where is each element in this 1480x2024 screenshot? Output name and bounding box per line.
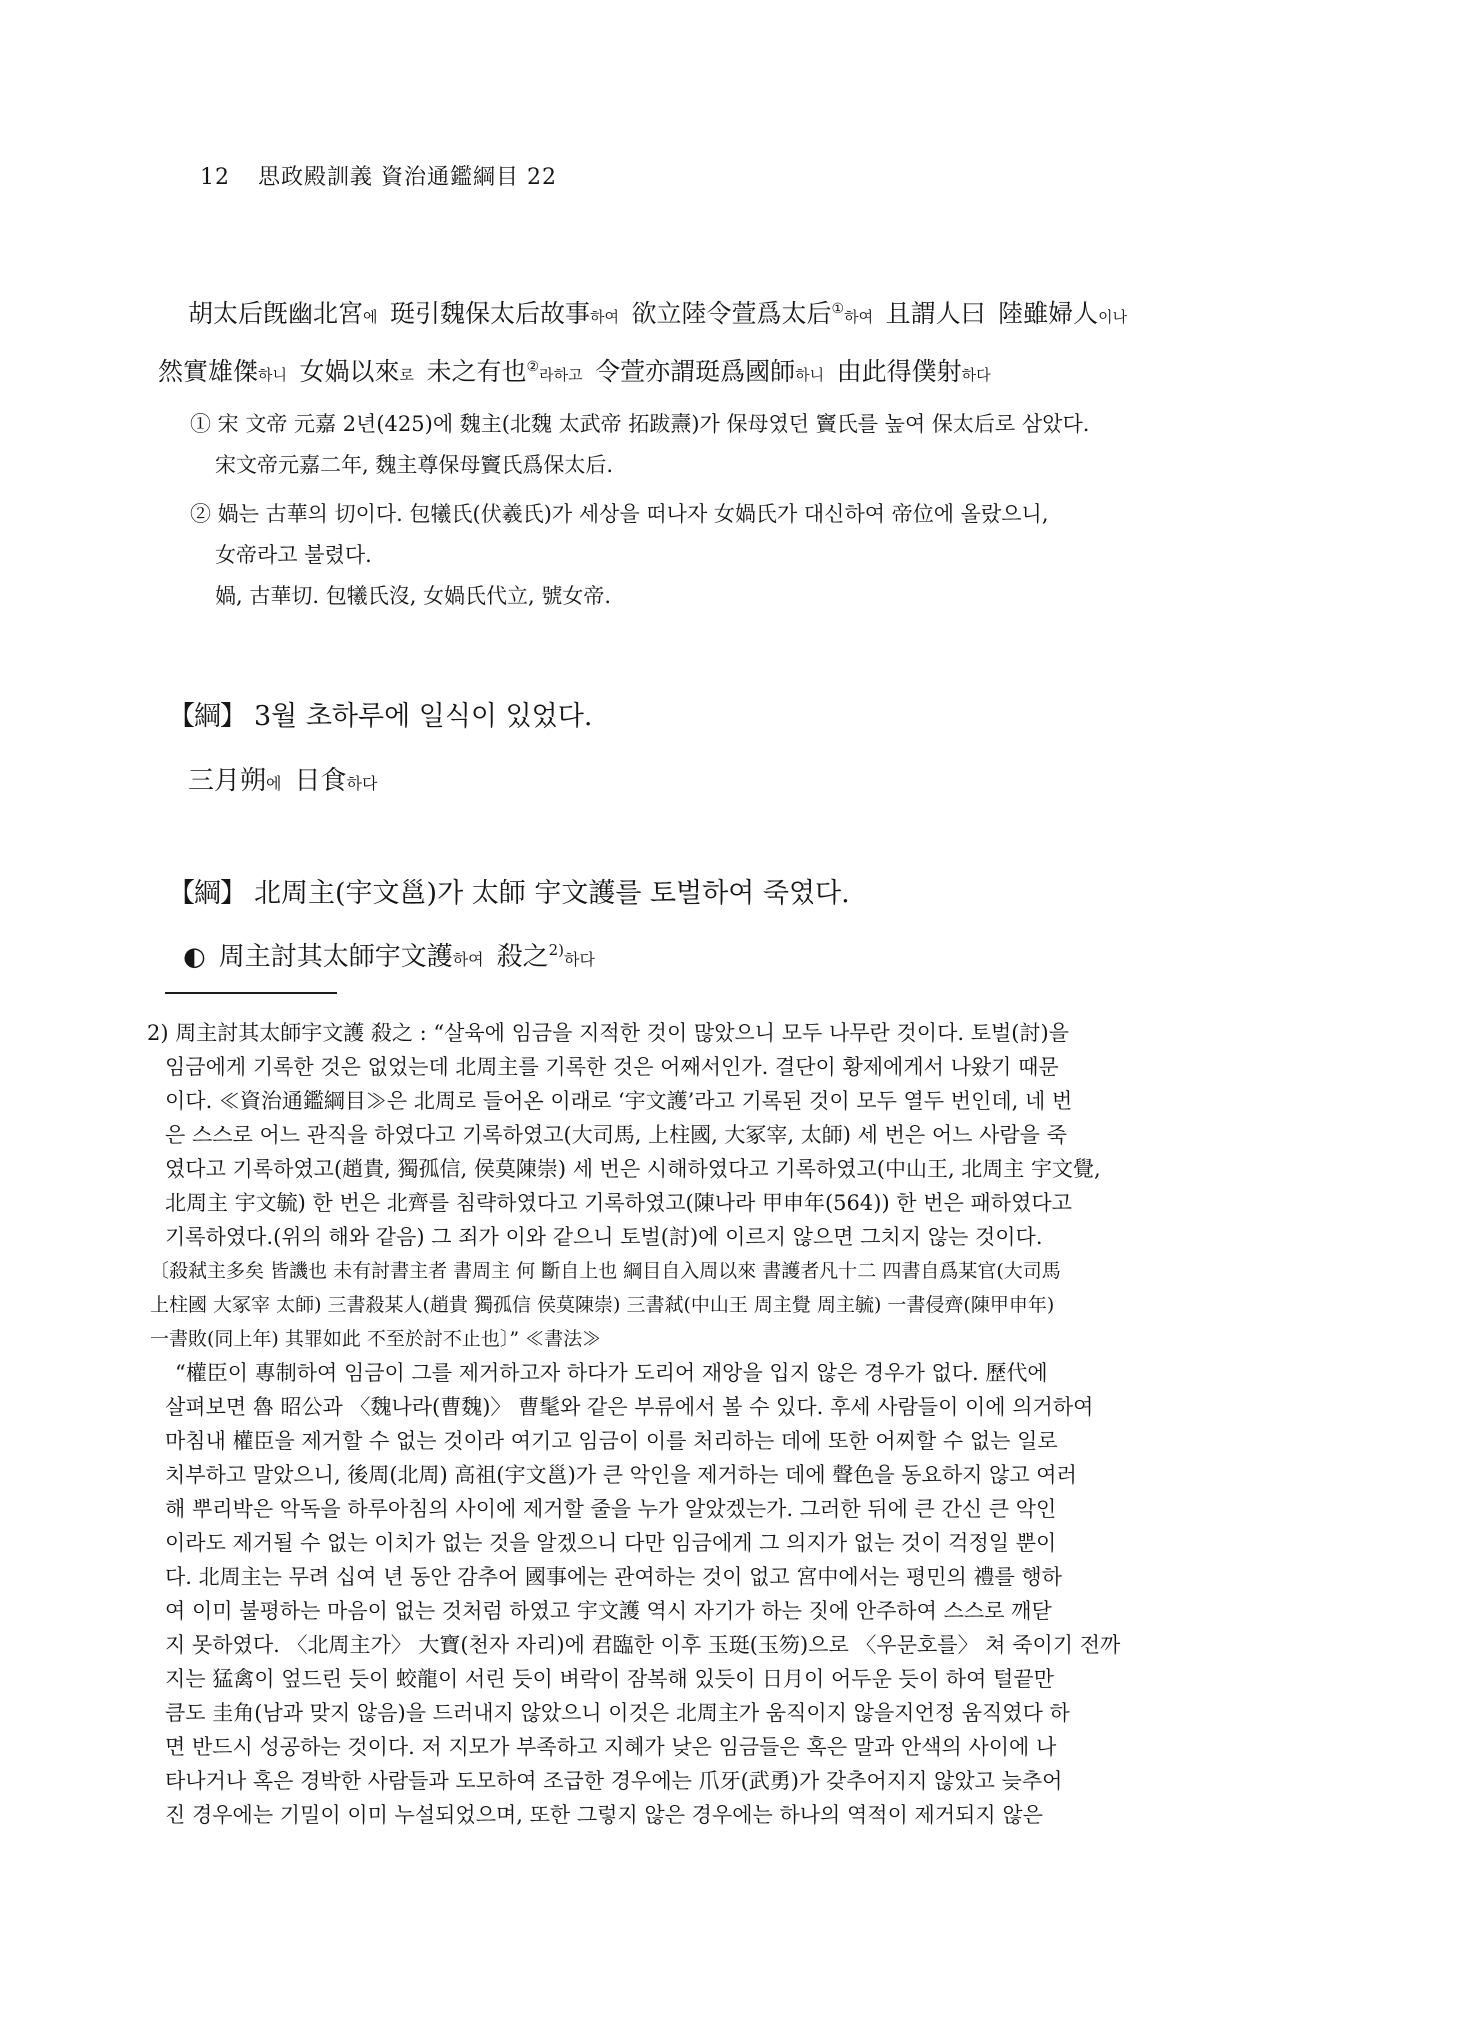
segment-text: 日食 [281, 766, 346, 796]
gang-text: 3월 초하루에 일식이 있었다. [254, 701, 592, 732]
segment-sup: ① [832, 301, 845, 317]
segment-to: 이나 [1098, 308, 1127, 326]
segment-to: 하여 [453, 950, 484, 969]
footnote-line: 上柱國 大冢宰 太師) 三書殺某人(趙貴 獨孤信 侯莫陳崇) 三書弒(中山王 周… [147, 1288, 1339, 1322]
footnote-line: 은 스스로 어느 관직을 하였다고 기록하였고(大司馬, 上柱國, 大冢宰, 太… [147, 1118, 1339, 1152]
footnote-line: 진 경우에는 기밀이 이미 누설되었으며, 또한 그렇지 않은 경우에는 하나의… [147, 1798, 1339, 1832]
book-page: 12思政殿訓義 資治通鑑綱目 22 胡太后旣幽北宮에 珽引魏保太后故事하여 欲立… [0, 0, 1480, 2024]
footnote-line: 北周主 宇文毓) 한 번은 北齊를 침략하였다고 기록하였고(陳나라 甲申年(5… [147, 1186, 1339, 1220]
passage-line: 然實雄傑하니 女媧以來로 未之有也②라하고 令萱亦謂珽爲國師하니 由此得僕射하다 [158, 342, 1334, 400]
annotation-2: ② 媧는 古華의 切이다. 包犧氏(伏羲氏)가 세상을 떠나자 女媧氏가 대신하… [190, 494, 1338, 617]
footnote-2: 2) 周主討其太師宇文護 殺之 : “살육에 임금을 지적한 것이 많았으니 모… [147, 1016, 1339, 1832]
segment-marker: ◐ [183, 942, 219, 972]
gang-entry-yuwenhu: 【綱】北周主(宇文邕)가 太師 宇文護를 토벌하여 죽였다. [168, 871, 1348, 910]
segment-text: 三月朔 [188, 766, 266, 796]
annotation-line: ② 媧는 古華의 切이다. 包犧氏(伏羲氏)가 세상을 떠나자 女媧氏가 대신하… [215, 494, 1338, 535]
gang-entry-eclipse: 【綱】3월 초하루에 일식이 있었다. [168, 694, 1348, 733]
segment-to: 하니 [795, 366, 824, 384]
footnote-line: 해 뿌리박은 악독을 하루아침의 사이에 제거할 줄을 누가 알았겠는가. 그러… [147, 1492, 1339, 1526]
annotation-1: ① 宋 文帝 元嘉 2년(425)에 魏主(北魏 太武帝 拓跋燾)가 保母였던 … [190, 404, 1338, 486]
footnote-line: 이라도 제거될 수 없는 이치가 없는 것을 알겠으니 다만 임금에게 그 의지… [147, 1526, 1339, 1560]
segment-to: 하여 [844, 308, 873, 326]
footnote-line: 〔殺弒主多矣 皆譏也 未有討書主者 書周主 何 斷自上也 綱目自入周以來 書護者… [147, 1254, 1339, 1288]
segment-to: 하니 [258, 366, 287, 384]
gang-bracket: 【綱】 [168, 878, 246, 909]
passage-line: 胡太后旣幽北宮에 珽引魏保太后故事하여 欲立陸令萱爲太后①하여 且謂人曰 陸雖婦… [158, 284, 1334, 342]
footnote-line: 면 반드시 성공하는 것이다. 저 지모가 부족하고 지혜가 낮은 임금들은 혹… [147, 1730, 1339, 1764]
footnote-line: 지는 猛禽이 엎드린 듯이 蛟龍이 서린 듯이 벼락이 잠복해 있듯이 日月이 … [147, 1662, 1339, 1696]
annotation-line: ① 宋 文帝 元嘉 2년(425)에 魏主(北魏 太武帝 拓跋燾)가 保母였던 … [215, 404, 1338, 445]
footnote-line: 타나거나 혹은 경박한 사람들과 도모하여 조급한 경우에는 爪牙(武勇)가 갖… [147, 1764, 1339, 1798]
segment-to: 하여 [590, 308, 619, 326]
segment-text: 未之有也 [414, 357, 527, 386]
segment-text: 令萱亦謂珽爲國師 [583, 357, 796, 386]
page-header: 12思政殿訓義 資治通鑑綱目 22 [200, 160, 557, 191]
footnote-line: 2) 周主討其太師宇文護 殺之 : “살육에 임금을 지적한 것이 많았으니 모… [147, 1016, 1339, 1050]
page-number: 12 [200, 165, 230, 190]
segment-text: 珽引魏保太后故事 [378, 299, 591, 328]
segment-sup: ② [527, 359, 540, 375]
segment-to: 하다 [347, 774, 378, 793]
footnote-line: 이다. ≪資治通鑑綱目≫은 北周로 들어온 이래로 ‘宇文護’라고 기록된 것이… [147, 1084, 1339, 1118]
segment-to: 로 [400, 366, 415, 384]
footnote-line: 다. 北周主는 무려 십여 년 동안 감추어 國事에는 관여하는 것이 없고 宮… [147, 1560, 1339, 1594]
footnote-line: “權臣이 專制하여 임금이 그를 제거하고자 하다가 도리어 재앙을 입지 않은… [147, 1356, 1339, 1390]
footnote-line: 살펴보면 魯 昭公과 〈魏나라(曹魏)〉 曹髦와 같은 부류에서 볼 수 있다.… [147, 1390, 1339, 1424]
gang-text: 北周主(宇文邕)가 太師 宇文護를 토벌하여 죽였다. [254, 878, 850, 909]
annotation-line: 媧, 古華切. 包犧氏沒, 女媧氏代立, 號女帝. [215, 576, 1338, 617]
segment-text: 胡太后旣幽北宮 [188, 299, 363, 328]
footnote-line: 임금에게 기록한 것은 없었는데 北周主를 기록한 것은 어째서인가. 결단이 … [147, 1050, 1339, 1084]
segment-to: 에 [266, 774, 281, 793]
footnote-line: 치부하고 말았으니, 後周(北周) 高祖(宇文邕)가 큰 악인을 제거하는 데에… [147, 1458, 1339, 1492]
footnote-line: 기록하였다.(위의 해와 같음) 그 죄가 이와 같으니 토벌(討)에 이르지 … [147, 1220, 1339, 1254]
annotation-line: 宋文帝元嘉二年, 魏主尊保母竇氏爲保太后. [215, 445, 1338, 486]
footnote-line: 여 이미 불평하는 마음이 없는 것처럼 하였고 宇文護 역시 자기가 하는 짓… [147, 1594, 1339, 1628]
gang-bracket: 【綱】 [168, 701, 246, 732]
segment-text: 然實雄傑 [158, 357, 258, 386]
segment-to: 하다 [962, 366, 991, 384]
segment-text: 殺之 [484, 942, 549, 972]
classical-passage: 胡太后旣幽北宮에 珽引魏保太后故事하여 欲立陸令萱爲太后①하여 且謂人曰 陸雖婦… [158, 284, 1334, 400]
mok-line-eclipse: 三月朔에 日食하다 [188, 760, 377, 797]
segment-text: 且謂人曰 陸雖婦人 [873, 299, 1098, 328]
footnote-line: 마침내 權臣을 제거할 수 없는 것이라 여기고 임금이 이를 처리하는 데에 … [147, 1424, 1339, 1458]
segment-to: 에 [363, 308, 378, 326]
segment-text: 周主討其太師宇文護 [219, 942, 453, 972]
footnote-line: 였다고 기록하였고(趙貴, 獨孤信, 侯莫陳崇) 세 번은 시해하였다고 기록하… [147, 1152, 1339, 1186]
footnote-line: 큼도 圭角(남과 맞지 않음)을 드러내지 않았으니 이것은 北周主가 움직이지… [147, 1696, 1339, 1730]
mok-line-yuwenhu: ◐ 周主討其太師宇文護하여 殺之2)하다 [183, 936, 595, 973]
segment-to: 하다 [564, 950, 595, 969]
footnote-separator [165, 992, 337, 994]
running-title: 思政殿訓義 資治通鑑綱目 22 [258, 165, 557, 190]
footnote-line: 一書敗(同上年) 其罪如此 不至於討不止也〕” ≪書法≫ [147, 1322, 1339, 1356]
footnote-line: 지 못하였다. 〈北周主가〉 大寶(천자 자리)에 君臨한 이후 玉珽(玉笏)으… [147, 1628, 1339, 1662]
segment-text: 欲立陸令萱爲太后 [619, 299, 832, 328]
segment-to: 라하고 [539, 366, 582, 384]
segment-text: 女媧以來 [287, 357, 400, 386]
segment-text: 由此得僕射 [824, 357, 962, 386]
segment-sup: 2) [549, 941, 564, 959]
annotation-line: 女帝라고 불렸다. [215, 535, 1338, 576]
